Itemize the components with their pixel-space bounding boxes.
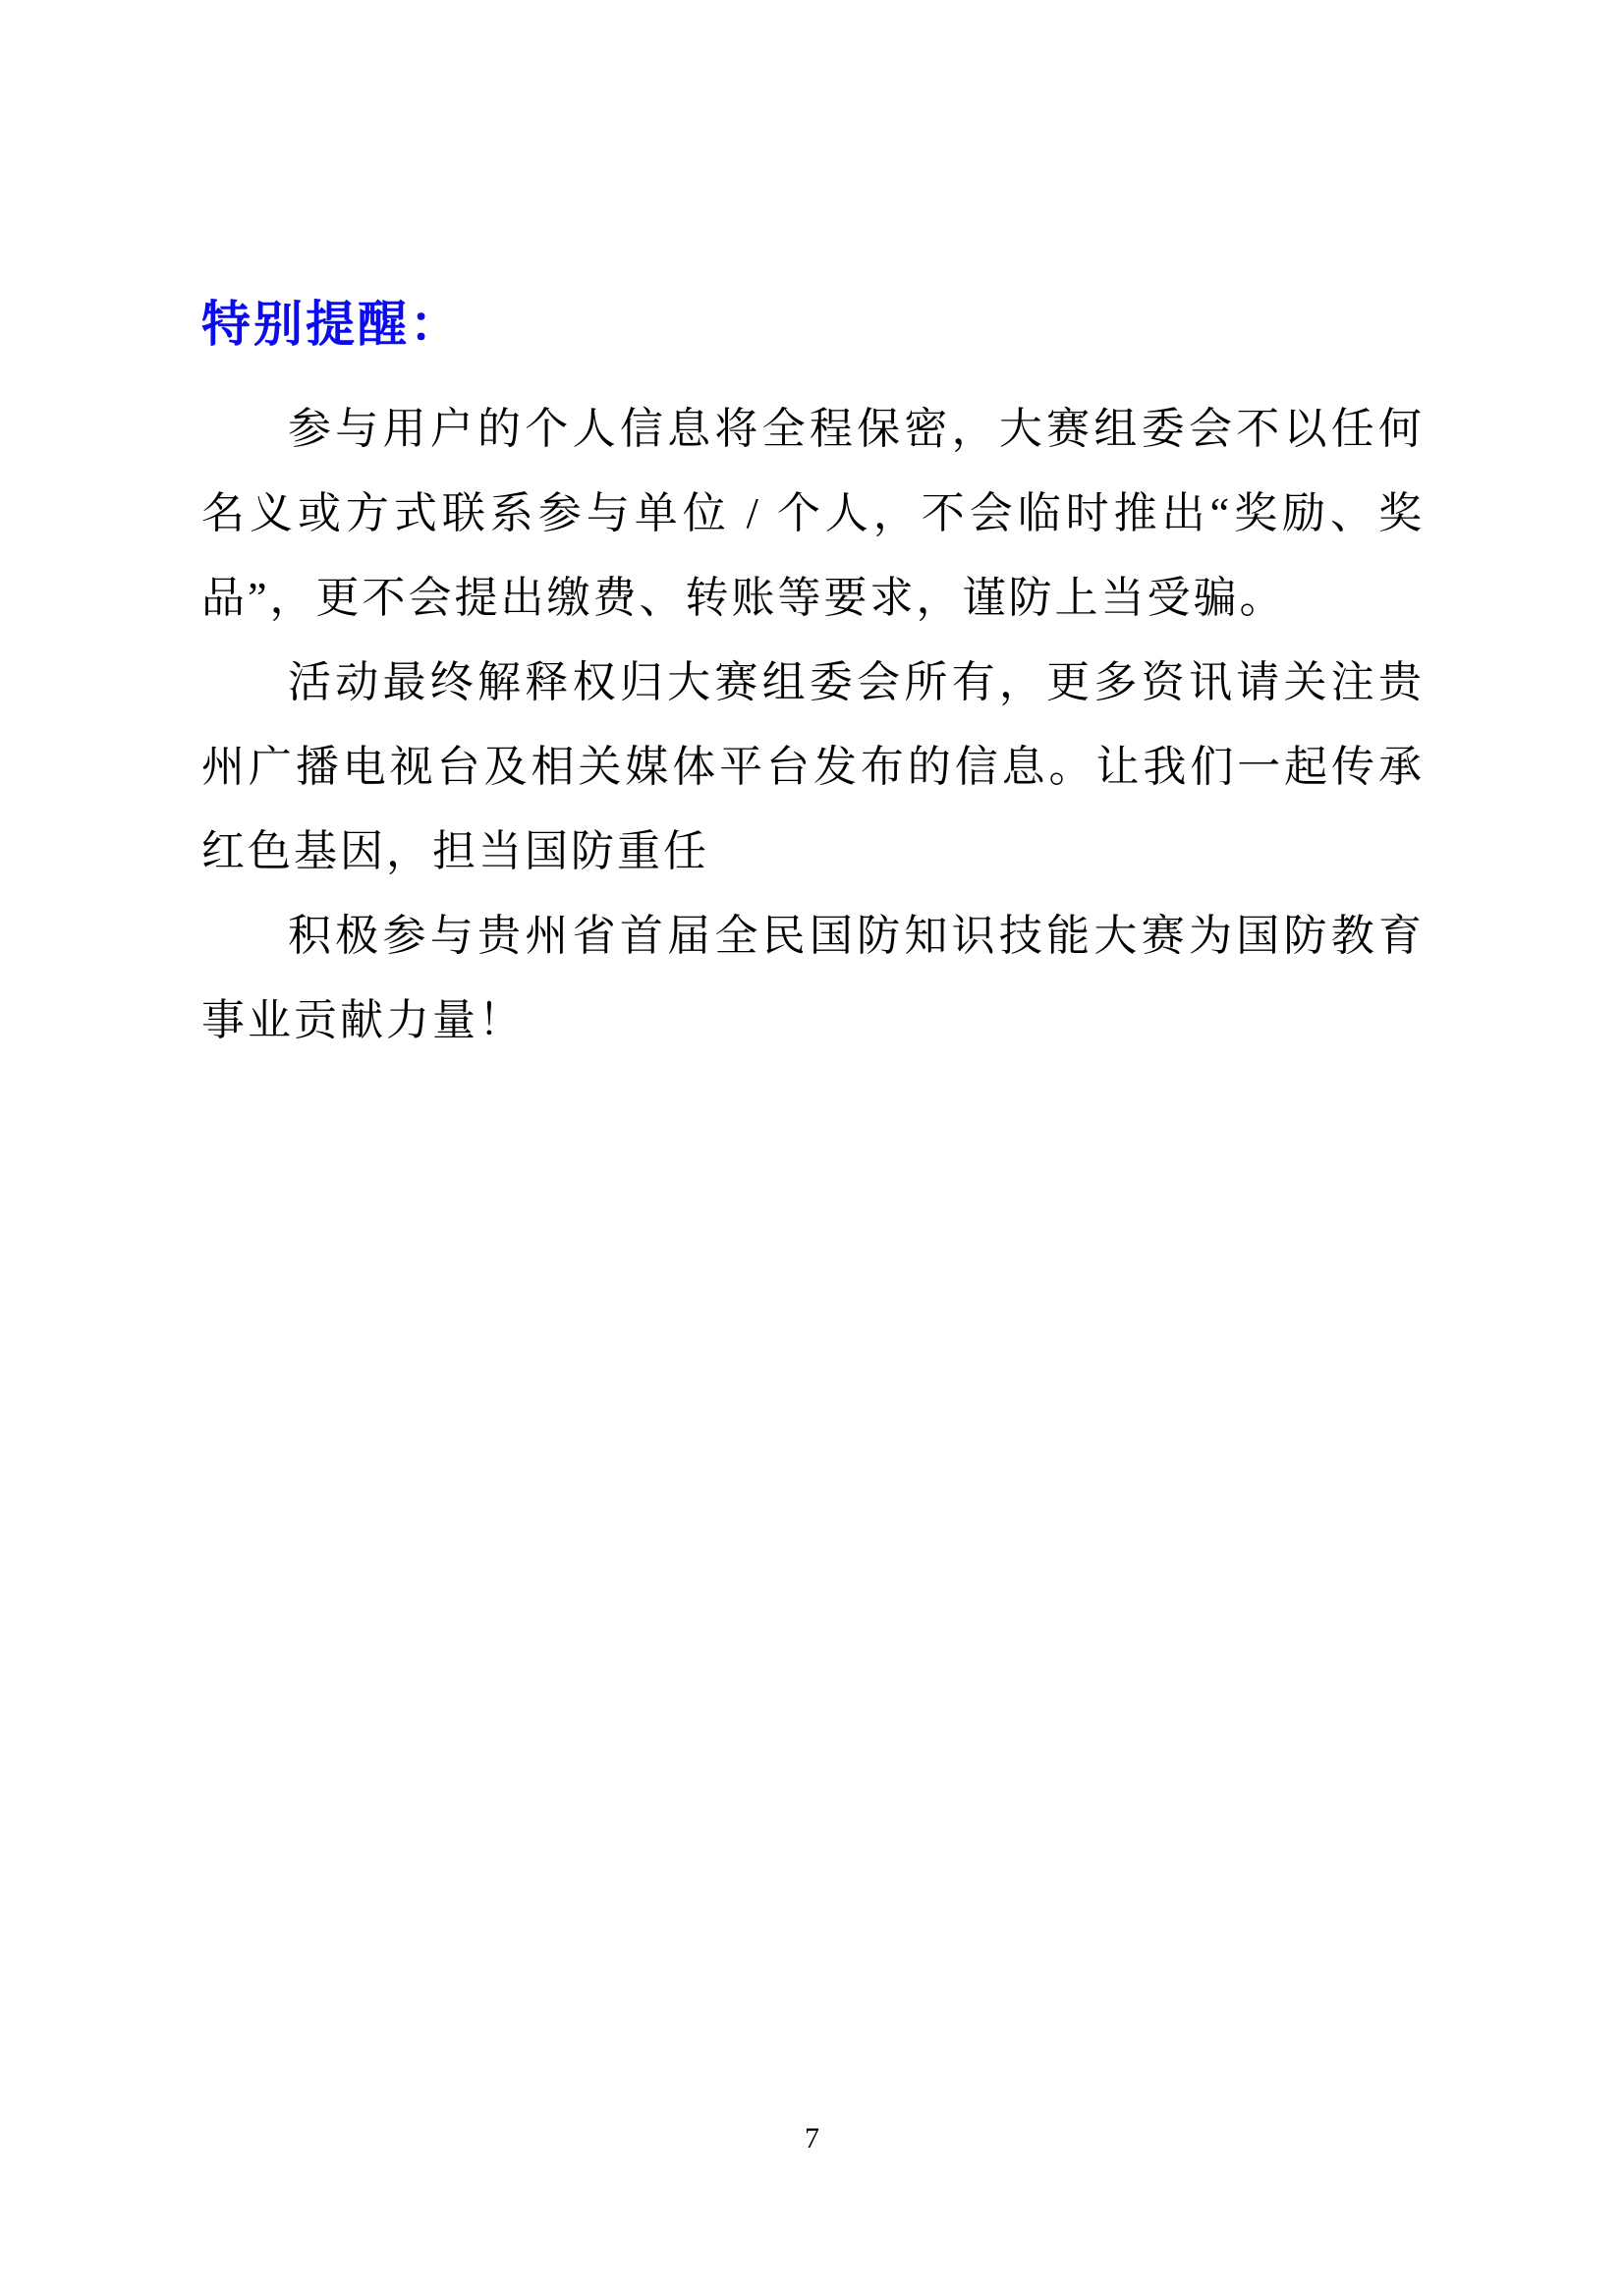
paragraph-interpretation-rights: 活动最终解释权归大赛组委会所有，更多资讯请关注贵州广播电视台及相关媒体平台发布的… xyxy=(201,641,1425,894)
document-body: 特别提醒： 参与用户的个人信息将全程保密，大赛组委会不以任何名义或方式联系参与单… xyxy=(201,295,1425,1063)
page-number: 7 xyxy=(0,2122,1624,2156)
section-heading: 特别提醒： xyxy=(201,295,1425,354)
paragraph-call-to-action: 积极参与贵州省首届全民国防知识技能大赛为国防教育事业贡献力量！ xyxy=(201,894,1425,1063)
paragraph-privacy-warning: 参与用户的个人信息将全程保密，大赛组委会不以任何名义或方式联系参与单位 / 个人… xyxy=(201,387,1425,641)
document-page: 特别提醒： 参与用户的个人信息将全程保密，大赛组委会不以任何名义或方式联系参与单… xyxy=(0,0,1624,2296)
